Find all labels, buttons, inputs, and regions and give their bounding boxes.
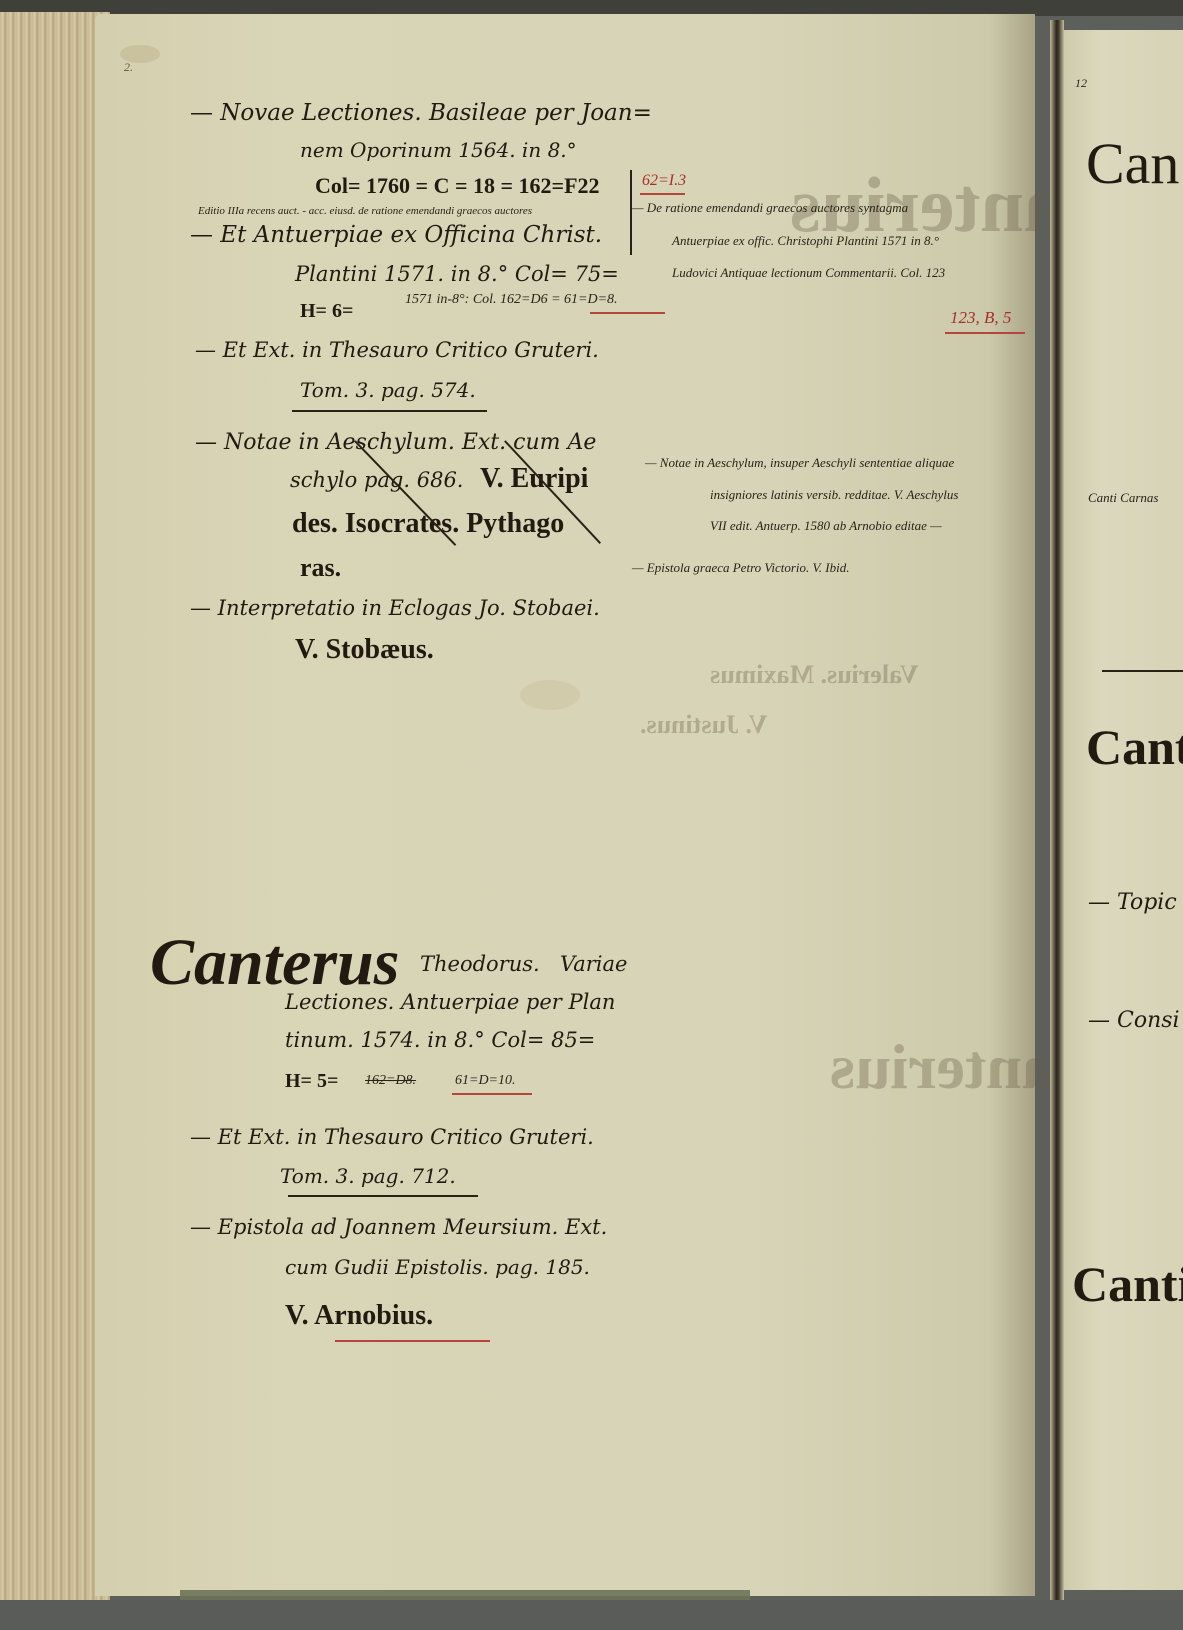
entry-line: schylo pag. 686. bbox=[290, 468, 463, 492]
entry-separator bbox=[288, 1195, 478, 1197]
right-page-note: Canti Carnas bbox=[1088, 490, 1158, 506]
margin-note: — Epistola graeca Petro Victorio. V. Ibi… bbox=[632, 560, 850, 576]
left-page bbox=[95, 14, 1035, 1596]
pencil-note: 1571 in-8°: Col. 162=D6 = 61=D=8. bbox=[405, 292, 618, 308]
red-underline bbox=[452, 1093, 532, 1095]
entry-line: Plantini 1571. in 8.° Col= 75= bbox=[295, 262, 619, 286]
right-page-line: — Consi bbox=[1088, 1008, 1180, 1033]
margin-note: insigniores latinis versib. redditae. V.… bbox=[710, 487, 958, 503]
corrected-value: 61=D=10. bbox=[455, 1073, 516, 1089]
entry-line: Lectiones. Antuerpiae per Plan bbox=[285, 990, 615, 1014]
entry-line: nem Oporinum 1564. in 8.° bbox=[300, 138, 577, 162]
margin-reference: 62=I.3 bbox=[642, 172, 686, 190]
right-page-heading: Canti bbox=[1072, 1255, 1183, 1313]
red-underline bbox=[945, 332, 1025, 334]
entry-line: Col= 1760 = C = 18 = 162=F22 bbox=[315, 173, 600, 199]
entry-line: — Epistola ad Joannem Meursium. Ext. bbox=[190, 1215, 607, 1239]
entry-line: Tom. 3. pag. 712. bbox=[280, 1164, 456, 1188]
entry-separator bbox=[292, 410, 487, 412]
page-corner-mark: 2. bbox=[124, 60, 133, 75]
margin-reference: 123, B, 5 bbox=[950, 308, 1011, 328]
printed-crossref: ras. bbox=[300, 553, 341, 583]
printed-crossref: V. Arnobius. bbox=[285, 1300, 433, 1332]
entry-line: — Et Antuerpiae ex Officina Christ. bbox=[190, 222, 602, 248]
entry-line: — Et Ext. in Thesauro Critico Gruteri. bbox=[190, 1125, 594, 1149]
entry-line: H= 6= bbox=[300, 300, 353, 323]
separator bbox=[1102, 670, 1183, 672]
red-underline bbox=[590, 312, 665, 314]
right-page bbox=[1064, 30, 1183, 1590]
margin-note: — Notae in Aeschylum, insuper Aeschyli s… bbox=[645, 455, 954, 471]
red-underline bbox=[640, 193, 685, 195]
margin-note: — De ratione emendandi graecos auctores … bbox=[632, 200, 908, 216]
book-gutter bbox=[1050, 20, 1064, 1600]
interlinear-note: Editio IIIa recens auct. - acc. eiusd. d… bbox=[198, 205, 532, 217]
bleed-through-line: V. Justinus. bbox=[640, 710, 767, 740]
entry-line: Tom. 3. pag. 574. bbox=[300, 378, 476, 402]
page-fore-edges bbox=[0, 12, 110, 1602]
printed-crossref: V. Stobæus. bbox=[295, 634, 434, 666]
printed-crossref: V. Euripi bbox=[480, 463, 588, 495]
entry-line: — Interpretatio in Eclogas Jo. Stobaei. bbox=[190, 596, 600, 620]
struck-value: 162=D8. bbox=[365, 1073, 416, 1089]
entry-line: H= 5= bbox=[285, 1070, 338, 1093]
margin-note: Antuerpiae ex offic. Christophi Plantini… bbox=[672, 233, 939, 249]
right-page-heading: Can bbox=[1086, 130, 1179, 197]
entry-line: — Et Ext. in Thesauro Critico Gruteri. bbox=[195, 338, 599, 362]
entry-line: — Novae Lectiones. Basileae per Joan= bbox=[190, 100, 652, 126]
right-page-heading: Cant bbox=[1086, 718, 1183, 776]
right-page-line: — Topic bbox=[1088, 890, 1177, 915]
margin-note: VII edit. Antuerp. 1580 ab Arnobio edita… bbox=[710, 518, 942, 534]
entry-line: — Notae in Aeschylum. Ext. cum Ae bbox=[195, 430, 596, 455]
margin-note: Ludovici Antiquae lectionum Commentarii.… bbox=[672, 265, 945, 281]
entry-line: Variae bbox=[560, 952, 627, 976]
entry-line: cum Gudii Epistolis. pag. 185. bbox=[285, 1255, 590, 1279]
page-corner-mark: 12 bbox=[1075, 76, 1087, 91]
printed-crossref: des. Isocrates. Pythago bbox=[292, 508, 564, 540]
entry-line: tinum. 1574. in 8.° Col= 85= bbox=[285, 1028, 595, 1052]
scan-bottom-border bbox=[0, 1600, 1183, 1630]
red-underline bbox=[335, 1340, 490, 1342]
stain bbox=[520, 680, 580, 710]
heading-forename: Theodorus. bbox=[420, 952, 540, 976]
bleed-through-line: Valerius. Maximus bbox=[710, 660, 919, 690]
